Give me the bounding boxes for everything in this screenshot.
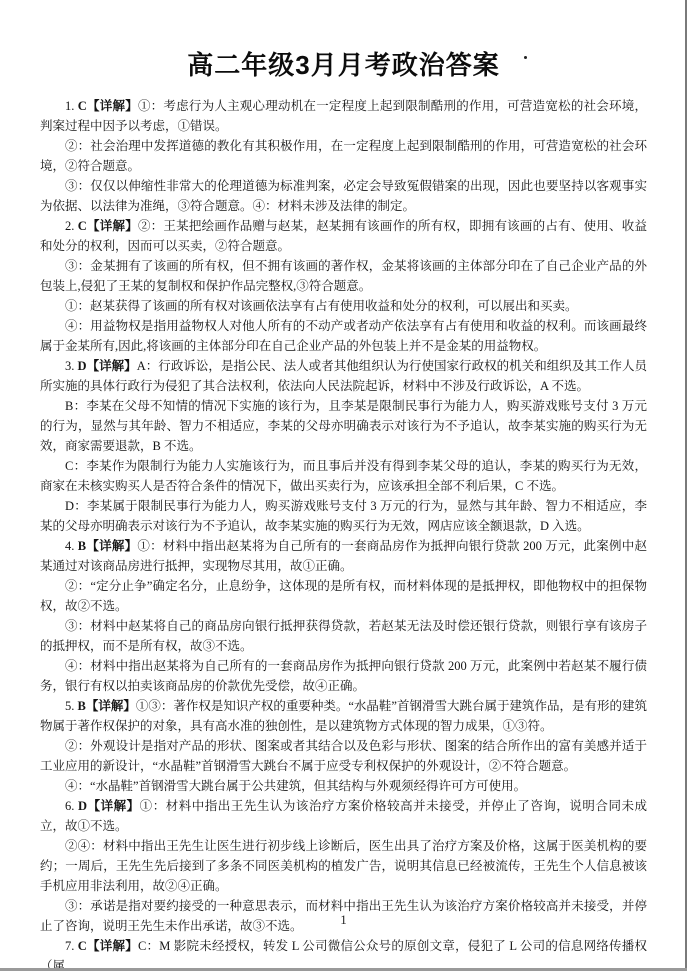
question-number: 7. xyxy=(65,939,78,953)
question-number: 3. xyxy=(65,359,78,373)
answer-text: C：李某作为限制行为能力人实施该行为，而且事后并没有得到李某父母的追认，李某的购… xyxy=(40,459,647,493)
question-number: 1. xyxy=(65,99,78,113)
answer-paragraph: 7. C【详解】C：M 影院未经授权，转发 L 公司微信公众号的原创文章，侵犯了… xyxy=(40,936,647,971)
answer-text: ②：社会治理中发挥道德的教化有其积极作用，在一定程度上起到限制酷刑的作用，可营造… xyxy=(40,139,647,173)
answer-paragraph: ②：“定分止争”确定名分，止息纷争，这体现的是所有权，而材料体现的是抵押权，即他… xyxy=(40,576,647,616)
answer-label: D【详解】 xyxy=(78,359,137,373)
answer-paragraph: ②④：材料中指出王先生让医生进行初步线上诊断后，医生出具了治疗方案及价格，这属于… xyxy=(40,836,647,896)
answer-text: ③：仅仅以伸缩性非常大的伦理道德为标准判案，必定会导致冤假错案的出现，因此也要坚… xyxy=(40,179,647,213)
answer-text: B：李某在父母不知情的情况下实施的该行为，且李某是限制民事行为能力人，购买游戏账… xyxy=(40,399,647,453)
question-number: 5. xyxy=(65,699,78,713)
answers-list: 1. C【详解】①：考虑行为人主观心理动机在一定程度上起到限制酷刑的作用，可营造… xyxy=(40,96,647,971)
question-number: 4. xyxy=(65,539,78,553)
answer-paragraph: 6. D【详解】①：材料中指出王先生认为该治疗方案价格较高并未接受，并停止了咨询… xyxy=(40,796,647,836)
answer-paragraph: ④：用益物权是指用益物权人对他人所有的不动产或者动产依法享有占有使用和收益的权利… xyxy=(40,316,647,356)
answer-label: D【详解】 xyxy=(78,799,140,813)
answer-paragraph: ①：赵某获得了该画的所有权对该画依法享有占有使用收益和处分的权利，可以展出和买卖… xyxy=(40,296,647,316)
answer-paragraph: 3. D【详解】A：行政诉讼，是指公民、法人或者其他组织认为行使国家行政权的机关… xyxy=(40,356,647,396)
answer-text: ④：“水晶鞋”首钢滑雪大跳台属于公共建筑，但其结构与外观须经得许可方可使用。 xyxy=(65,779,526,793)
ink-speck-artifact xyxy=(524,56,527,59)
answer-text: ②：外观设计是指对产品的形状、图案或者其结合以及色彩与形状、图案的结合所作出的富… xyxy=(40,739,647,773)
answer-text: D：李某属于限制民事行为能力人，购买游戏账号支付 3 万元的行为，显然与其年龄、… xyxy=(40,499,647,533)
answer-paragraph: ④：“水晶鞋”首钢滑雪大跳台属于公共建筑，但其结构与外观须经得许可方可使用。 xyxy=(40,776,647,796)
answer-label: C【详解】 xyxy=(78,99,138,113)
answer-paragraph: B：李某在父母不知情的情况下实施的该行为，且李某是限制民事行为能力人，购买游戏账… xyxy=(40,396,647,456)
answer-text: ③：金某拥有了该画的所有权，但不拥有该画的著作权，金某将该画的主体部分印在了自己… xyxy=(40,259,647,293)
answer-text: ③：材料中赵某将自己的商品房向银行抵押获得贷款，若赵某无法及时偿还银行贷款，则银… xyxy=(40,619,647,653)
answer-label: C【详解】 xyxy=(78,219,138,233)
answer-paragraph: ②：外观设计是指对产品的形状、图案或者其结合以及色彩与形状、图案的结合所作出的富… xyxy=(40,736,647,776)
answer-paragraph: 1. C【详解】①：考虑行为人主观心理动机在一定程度上起到限制酷刑的作用，可营造… xyxy=(40,96,647,136)
page-title: 高二年级3月月考政治答案 xyxy=(0,0,687,82)
answer-text: ②④：材料中指出王先生让医生进行初步线上诊断后，医生出具了治疗方案及价格，这属于… xyxy=(40,839,647,893)
answer-paragraph: D：李某属于限制民事行为能力人，购买游戏账号支付 3 万元的行为，显然与其年龄、… xyxy=(40,496,647,536)
answer-text: ②：“定分止争”确定名分，止息纷争，这体现的是所有权，而材料体现的是抵押权，即他… xyxy=(40,579,647,613)
answer-paragraph: 4. B【详解】①：材料中指出赵某将为自己所有的一套商品房作为抵押向银行贷款 2… xyxy=(40,536,647,576)
answer-paragraph: ②：社会治理中发挥道德的教化有其积极作用，在一定程度上起到限制酷刑的作用，可营造… xyxy=(40,136,647,176)
answer-text: ①：赵某获得了该画的所有权对该画依法享有占有使用收益和处分的权利，可以展出和买卖… xyxy=(65,299,578,313)
page-number: 1 xyxy=(0,912,687,928)
answer-label: B【详解】 xyxy=(78,539,138,553)
answer-paragraph: 2. C【详解】②：王某把绘画作品赠与赵某，赵某拥有该画作的所有权，即拥有该画的… xyxy=(40,216,647,256)
question-number: 6. xyxy=(65,799,78,813)
answer-label: C【详解】 xyxy=(78,939,138,953)
question-number: 2. xyxy=(65,219,78,233)
answer-text: ④：材料中指出赵某将为自己所有的一套商品房作为抵押向银行贷款 200 万元，此案… xyxy=(40,659,647,693)
answer-paragraph: ③：仅仅以伸缩性非常大的伦理道德为标准判案，必定会导致冤假错案的出现，因此也要坚… xyxy=(40,176,647,216)
answer-paragraph: ③：金某拥有了该画的所有权，但不拥有该画的著作权，金某将该画的主体部分印在了自己… xyxy=(40,256,647,296)
answer-label: B【详解】 xyxy=(78,699,136,713)
answer-paragraph: C：李某作为限制行为能力人实施该行为，而且事后并没有得到李某父母的追认，李某的购… xyxy=(40,456,647,496)
answer-paragraph: ④：材料中指出赵某将为自己所有的一套商品房作为抵押向银行贷款 200 万元，此案… xyxy=(40,656,647,696)
answer-paragraph: 5. B【详解】①③：著作权是知识产权的重要种类。“水晶鞋”首钢滑雪大跳台属于建… xyxy=(40,696,647,736)
answer-text: ④：用益物权是指用益物权人对他人所有的不动产或者动产依法享有占有使用和收益的权利… xyxy=(40,319,647,353)
document-page: 高二年级3月月考政治答案 1. C【详解】①：考虑行为人主观心理动机在一定程度上… xyxy=(0,0,687,971)
answer-paragraph: ③：材料中赵某将自己的商品房向银行抵押获得贷款，若赵某无法及时偿还银行贷款，则银… xyxy=(40,616,647,656)
